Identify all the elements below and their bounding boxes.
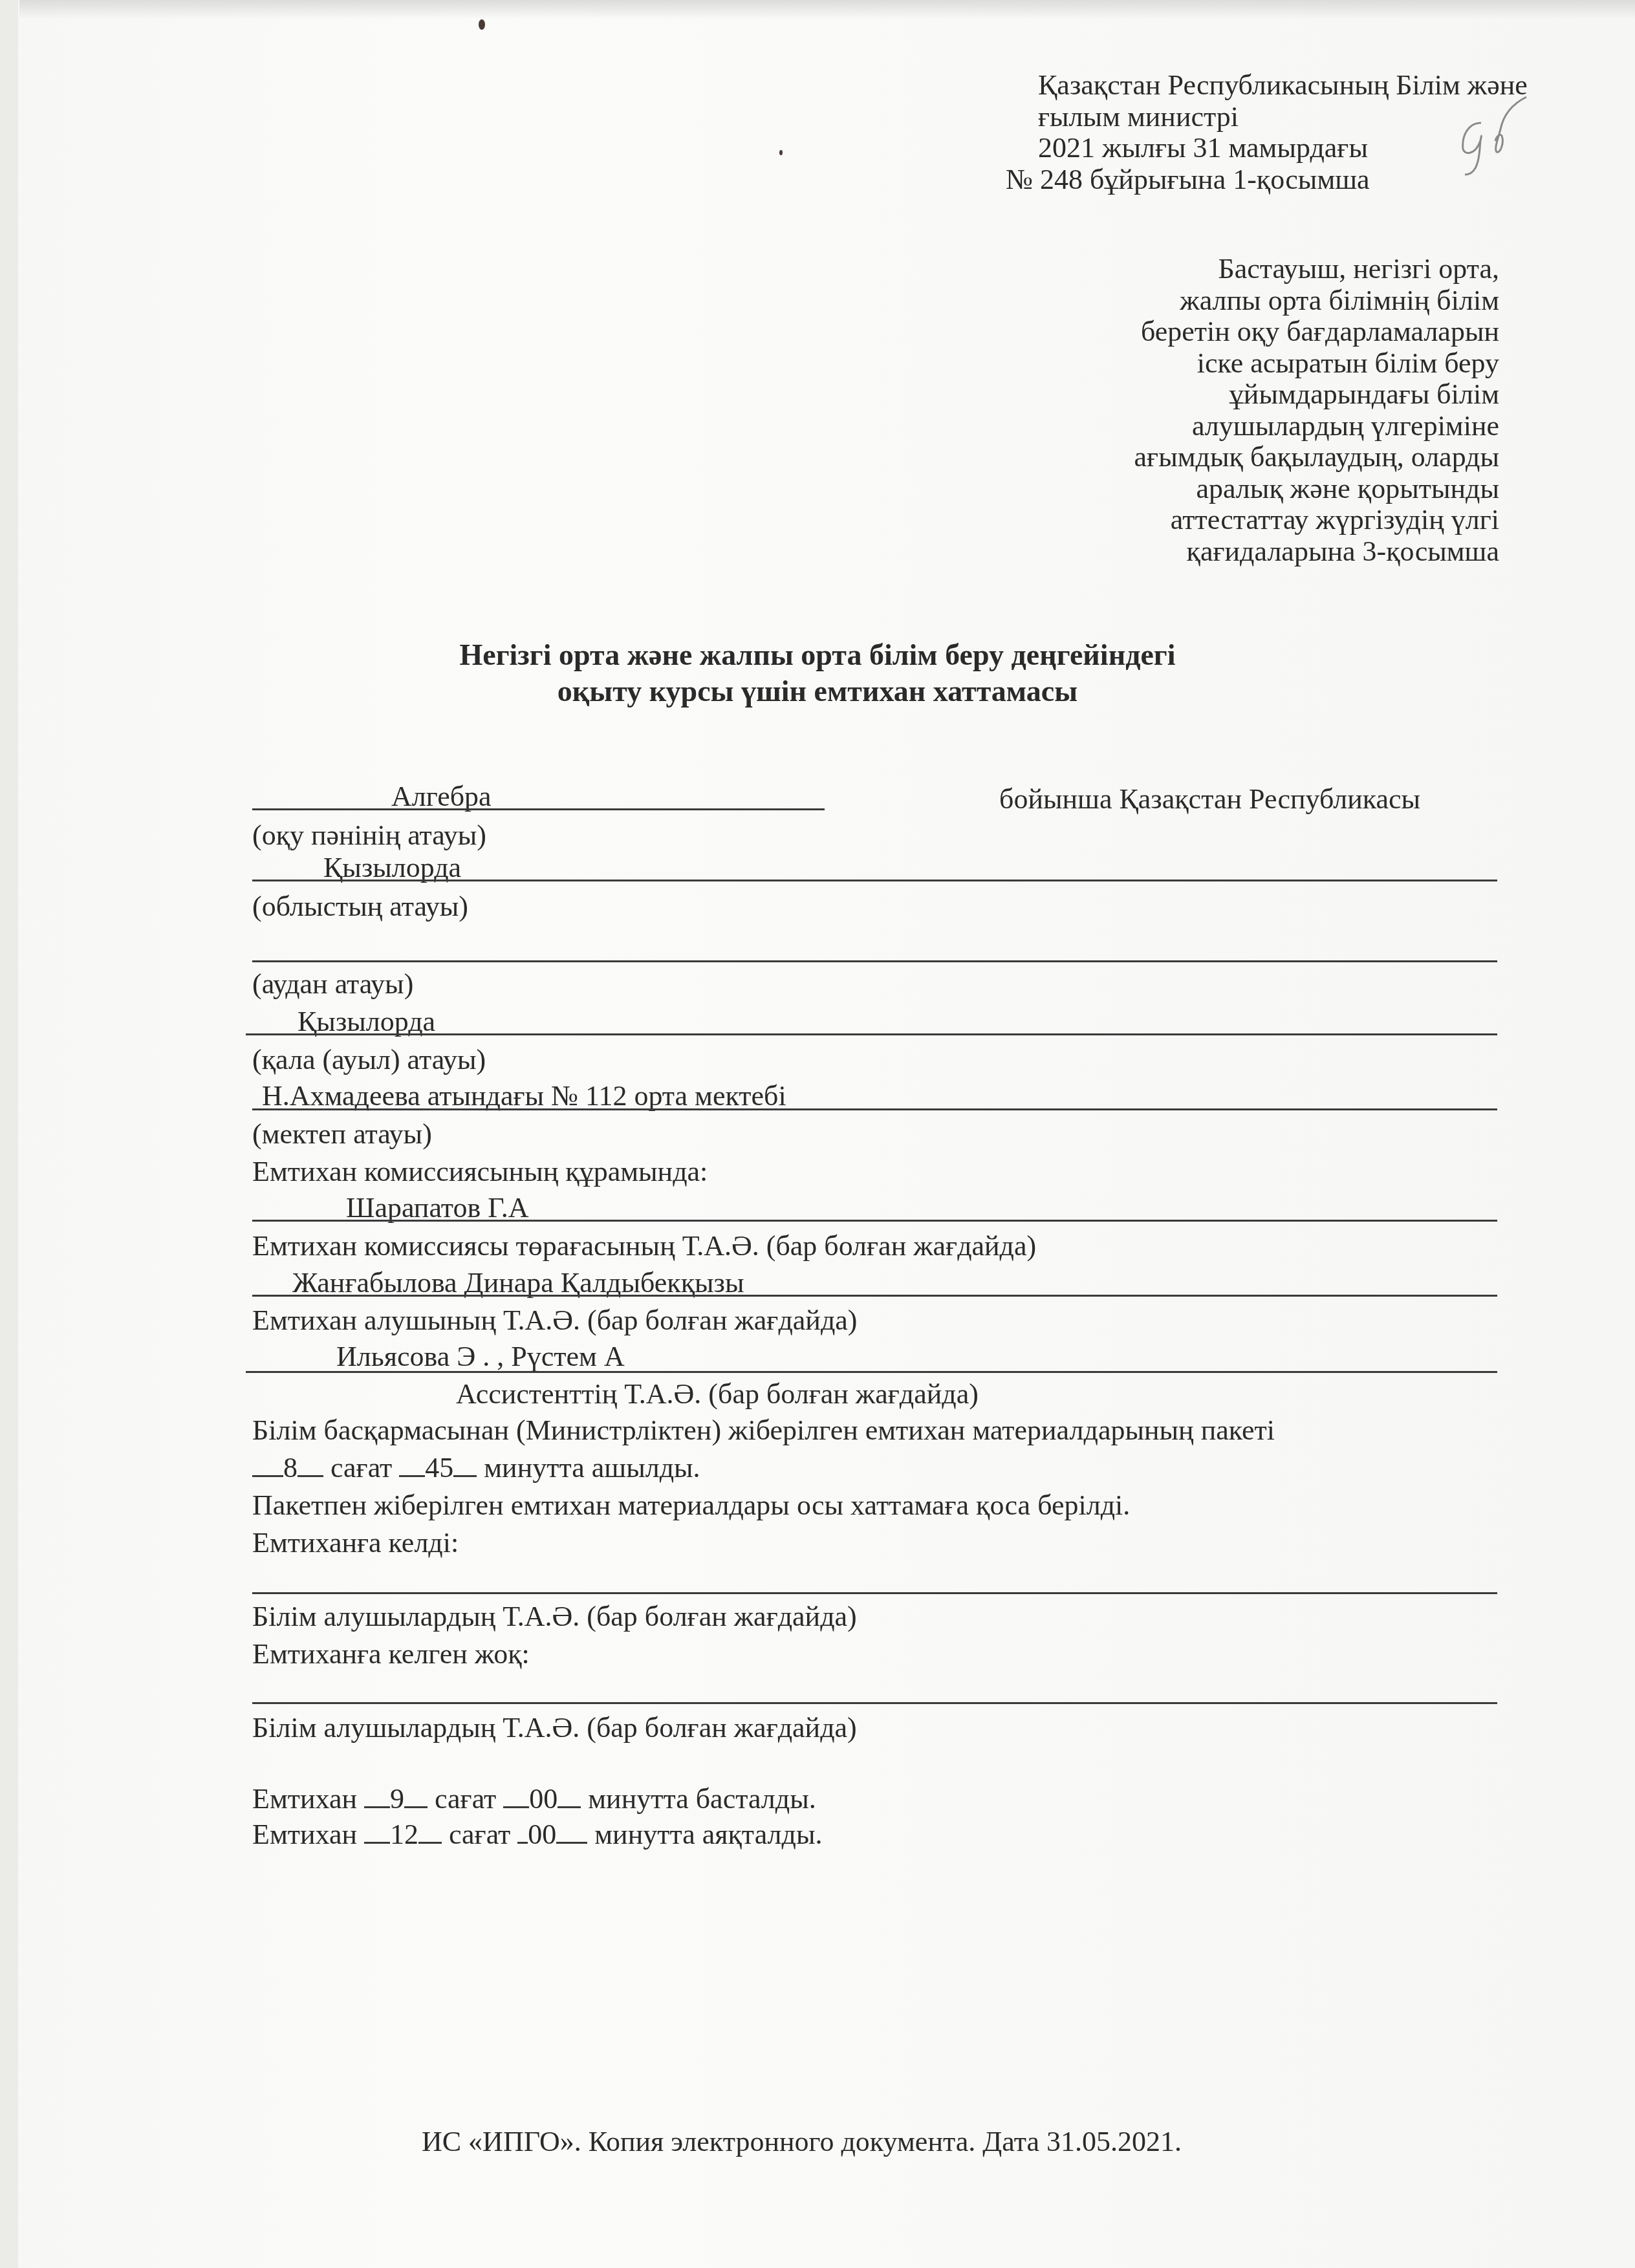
exam-start-minute: 00 [529,1783,558,1815]
district-label: (аудан атауы) [252,970,413,999]
package-opened-time: 8 сағат 45 минутта ашылды. [252,1454,700,1482]
scan-speck [779,150,783,155]
exam-start-hour: 9 [390,1783,404,1815]
rules-reference: Бастауыш, негізгі орта, жалпы орта білім… [1134,254,1499,567]
rules-line: алушылардың үлгеріміне [1134,411,1499,442]
rules-line: қағидаларына 3-қосымша [1134,536,1499,568]
footer-note: ИС «ИПГО». Копия электронного документа.… [422,2128,1182,2156]
school-underline [252,1108,1497,1110]
city-underline [246,1033,1497,1035]
subject-value: Алгебра [391,783,492,811]
assistants-underline [246,1371,1497,1373]
package-text: Білім басқармасынан (Министрліктен) жібе… [252,1416,1275,1445]
chair-value: Шарапатов Г.А [346,1194,528,1222]
subject-suffix: бойынша Қазақстан Республикасы [999,785,1420,814]
assistants-value: Ильясова Э . , Рүстем А [336,1343,625,1371]
absent-underline [252,1702,1497,1704]
package-minute: 45 [425,1452,453,1484]
document-page: Қазақстан Республикасының Білім және ғыл… [0,0,1635,2268]
city-value: Қызылорда [298,1008,435,1036]
subject-underline [252,808,825,810]
commission-heading: Емтихан комиссиясының құрамында: [252,1158,708,1186]
order-reference: Қазақстан Республикасының Білім және ғыл… [1006,70,1528,195]
handwritten-mark-icon [1455,91,1539,188]
rules-line: аттестаттау жүргізудің үлгі [1134,504,1499,536]
package-hour: 8 [283,1452,298,1484]
absent-heading: Емтиханға келген жоқ: [252,1640,530,1669]
exam-end: Емтихан 12 сағат 00 минутта аяқталды. [252,1820,822,1849]
present-underline [252,1592,1497,1594]
rules-line: ұйымдарындағы білім [1134,379,1499,411]
order-line: ғылым министрі [1006,102,1528,133]
absent-label: Білім алушылардың Т.А.Ә. (бар болған жағ… [252,1714,857,1742]
chair-underline [252,1220,1497,1222]
exam-end-minute: 00 [528,1819,556,1850]
scan-noise [19,0,1635,19]
document-title-line1: Негізгі орта және жалпы орта білім беру … [0,640,1635,670]
order-line: 2021 жылғы 31 мамырдағы [1006,133,1528,164]
examiner-label: Емтихан алушының Т.А.Ә. (бар болған жағд… [252,1306,857,1335]
region-underline [252,880,1497,881]
city-label: (қала (ауыл) атауы) [252,1046,486,1074]
region-label: (облыстың атауы) [252,892,468,921]
examiner-underline [252,1295,1497,1297]
rules-line: Бастауыш, негізгі орта, [1134,254,1499,285]
exam-end-hour: 12 [390,1819,418,1850]
school-value: Н.Ахмадеева атындағы № 112 орта мектебі [262,1082,786,1110]
assistants-label: Ассистенттің Т.А.Ә. (бар болған жағдайда… [456,1380,979,1409]
order-line: Қазақстан Республикасының Білім және [1006,70,1528,102]
materials-attached-text: Пакетпен жіберілген емтихан материалдары… [252,1491,1130,1520]
school-label: (мектеп атауы) [252,1120,432,1149]
rules-line: беретін оқу бағдарламаларын [1134,316,1499,348]
region-value: Қызылорда [323,854,461,882]
exam-start: Емтихан 9 сағат 00 минутта басталды. [252,1785,816,1813]
scan-speck [479,19,485,30]
present-label: Білім алушылардың Т.А.Ә. (бар болған жағ… [252,1603,857,1631]
chair-label: Емтихан комиссиясы төрағасының Т.А.Ә. (б… [252,1232,1036,1260]
rules-line: аралық және қорытынды [1134,473,1499,505]
district-underline [252,960,1497,962]
present-heading: Емтиханға келді: [252,1529,459,1557]
rules-line: іске асыратын білім беру [1134,348,1499,380]
order-line: № 248 бұйрығына 1-қосымша [1006,164,1528,196]
rules-line: ағымдық бақылаудың, оларды [1134,442,1499,473]
examiner-value: Жанғабылова Динара Қалдыбекқызы [292,1269,744,1297]
document-title-line2: оқыту курсы үшін емтихан хаттамасы [0,676,1635,706]
subject-label: (оқу пәнінің атауы) [252,821,486,850]
rules-line: жалпы орта білімнің білім [1134,285,1499,317]
scan-edge [0,0,18,2268]
